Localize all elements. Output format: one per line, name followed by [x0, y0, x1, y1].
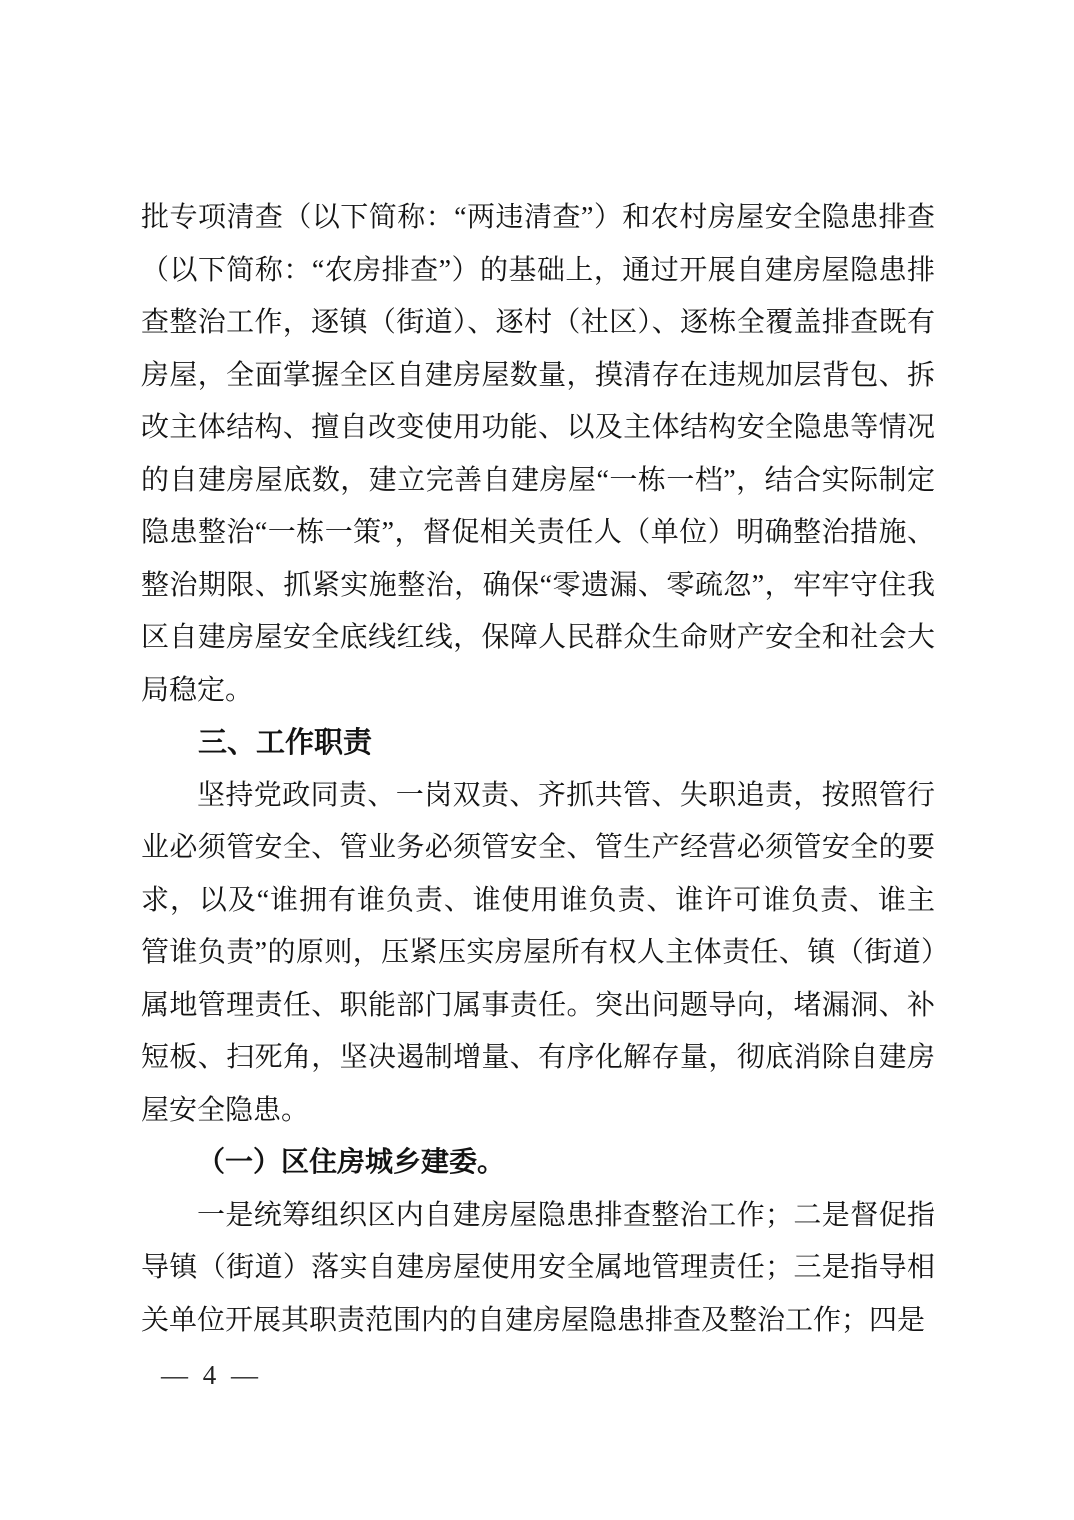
document-page: 批专项清查（以下简称：“两违清查”）和农村房屋安全隐患排查（以下简称：“农房排查…	[0, 0, 1074, 1520]
body-paragraph-principles: 坚持党政同责、一岗双责、齐抓共管、失职追责，按照管行业必须管安全、管业务必须管安…	[141, 770, 935, 1138]
subsection-heading-housing-committee: （一）区住房城乡建委。	[141, 1137, 935, 1190]
section-heading-work-duties: 三、工作职责	[141, 717, 935, 770]
body-paragraph-duties-list: 一是统筹组织区内自建房屋隐患排查整治工作；二是督促指导镇（街道）落实自建房屋使用…	[141, 1190, 935, 1348]
body-paragraph-continuation: 批专项清查（以下简称：“两违清查”）和农村房屋安全隐患排查（以下简称：“农房排查…	[141, 192, 935, 717]
document-body: 批专项清查（以下简称：“两违清查”）和农村房屋安全隐患排查（以下简称：“农房排查…	[141, 192, 935, 1347]
page-number: — 4 —	[161, 1358, 262, 1392]
